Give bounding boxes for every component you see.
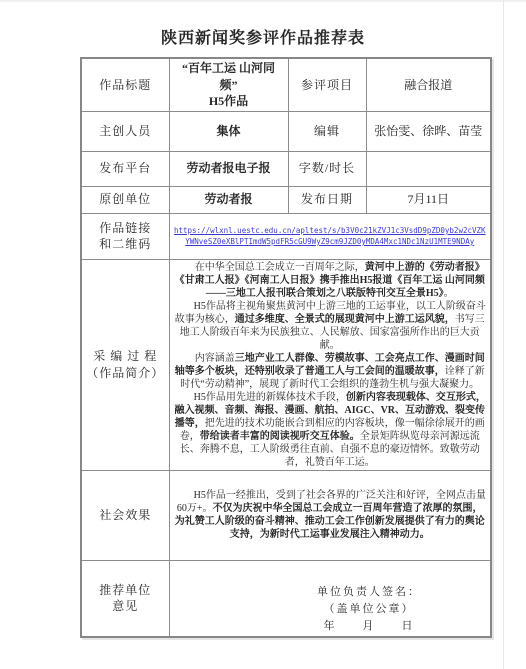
process-text: 在中华全国总工会成立一百周年之际，黄河中上游的《劳动者报》《甘肃工人报》《河南工… [169, 259, 491, 470]
platform-value: 劳动者报电子报 [169, 151, 288, 186]
work-title-value: “百年工运 山河同频” H5作品 [169, 58, 288, 111]
form-row-creators: 主创人员 集体 编辑 张怡雯、徐晔、苗莹 [81, 111, 491, 151]
text-segment: 在中华全国总工会成立一百周年之际， [195, 262, 365, 273]
paragraph: H5作品将主视角聚焦黄河中上游三地的工运事业，以工人阶级奋斗故事为核心，通过多维… [174, 300, 487, 352]
process-label-line2: （作品简介） [86, 366, 164, 380]
original-unit-value: 劳动者报 [169, 186, 288, 213]
work-link[interactable]: https://wlxnl.uestc.edu.cn/apltest/s/b3V… [174, 225, 487, 247]
platform-label: 发布平台 [81, 151, 169, 186]
opinion-cell: 单位负责人签名： （盖单位公章） 年 月 日 [169, 560, 491, 637]
work-link-label: 作品链接 和二维码 [81, 213, 169, 259]
signature-line-3: 年 月 日 [294, 618, 444, 635]
form-row-work-title: 作品标题 “百年工运 山河同频” H5作品 参评项目 融合报道 [81, 58, 491, 111]
process-label: 采 编 过 程（作品简介） [81, 259, 169, 470]
signature-line-1: 单位负责人签名： [294, 584, 444, 601]
effect-label: 社会效果 [81, 470, 169, 560]
wordcount-label: 字数/时长 [288, 151, 366, 186]
publish-date-value: 7月11日 [366, 186, 491, 213]
paragraph: H5作品一经推出，受到了社会各界的广泛关注和好评，全网点击量60万+。不仅为庆祝… [174, 489, 487, 541]
entry-category-label: 参评项目 [288, 58, 366, 111]
recommendation-form-table: 作品标题 “百年工运 山河同频” H5作品 参评项目 融合报道 主创人员 集体 … [80, 57, 492, 638]
original-unit-label: 原创单位 [81, 186, 169, 213]
paragraph: 在中华全国总工会成立一百周年之际，黄河中上游的《劳动者报》《甘肃工人报》《河南工… [174, 261, 487, 300]
form-row-process: 采 编 过 程（作品简介） 在中华全国总工会成立一百周年之际，黄河中上游的《劳动… [81, 259, 491, 470]
signature-line-2: （盖单位公章） [294, 601, 444, 618]
document-page: 陕西新闻奖参评作品推荐表 作品标题 “百年工运 山河同频” H5作品 参评项目 … [0, 0, 526, 669]
page-title: 陕西新闻奖参评作品推荐表 [0, 25, 526, 48]
effect-text: H5作品一经推出，受到了社会各界的广泛关注和好评，全网点击量60万+。不仅为庆祝… [169, 470, 491, 560]
paragraph: 内容涵盖三地产业工人群像、劳模故事、工会亮点工作、漫画时间轴等多个板块，还特别收… [174, 352, 487, 391]
paragraph: H5作品用先进的新媒体技术手段，创新内容表现载体、交互形式，融入视频、音频、海报… [174, 391, 487, 469]
text-segment: 内容涵盖 [195, 353, 235, 364]
wordcount-value [366, 151, 491, 186]
work-link-cell: https://wlxnl.uestc.edu.cn/apltest/s/b3V… [169, 213, 491, 259]
scan-edge-right [503, 0, 504, 669]
scan-edge-top [0, 0, 526, 2]
text-segment: 。 [444, 288, 454, 299]
text-segment: 通过多维度、全景式的展现黄河中上游工运风貌， [235, 314, 455, 325]
editor-value: 张怡雯、徐晔、苗莹 [366, 111, 491, 151]
work-title-label: 作品标题 [81, 58, 169, 111]
text-segment: H5作品用先进的新媒体技术手段， [194, 392, 346, 403]
process-label-line1: 采 编 过 程 [93, 349, 157, 363]
opinion-label: 推荐单位 意见 [81, 560, 169, 637]
creators-value: 集体 [169, 111, 288, 151]
editor-label: 编辑 [288, 111, 366, 151]
publish-date-label: 发布日期 [288, 186, 366, 213]
form-row-opinion: 推荐单位 意见 单位负责人签名： （盖单位公章） 年 月 日 [81, 560, 491, 637]
text-segment: 不仅为庆祝中华全国总工会成立一百周年营造了浓厚的氛围，为礼赞工人阶级的奋斗精神、… [175, 503, 485, 540]
signature-block: 单位负责人签名： （盖单位公章） 年 月 日 [294, 584, 444, 635]
form-row-original-unit: 原创单位 劳动者报 发布日期 7月11日 [81, 186, 491, 213]
text-segment: 带给读者丰富的阅读视听交互体验。 [200, 431, 360, 442]
form-row-effect: 社会效果 H5作品一经推出，受到了社会各界的广泛关注和好评，全网点击量60万+。… [81, 470, 491, 560]
form-row-platform: 发布平台 劳动者报电子报 字数/时长 [81, 151, 491, 186]
form-row-link: 作品链接 和二维码 https://wlxnl.uestc.edu.cn/apl… [81, 213, 491, 259]
entry-category-value: 融合报道 [366, 58, 491, 111]
creators-label: 主创人员 [81, 111, 169, 151]
